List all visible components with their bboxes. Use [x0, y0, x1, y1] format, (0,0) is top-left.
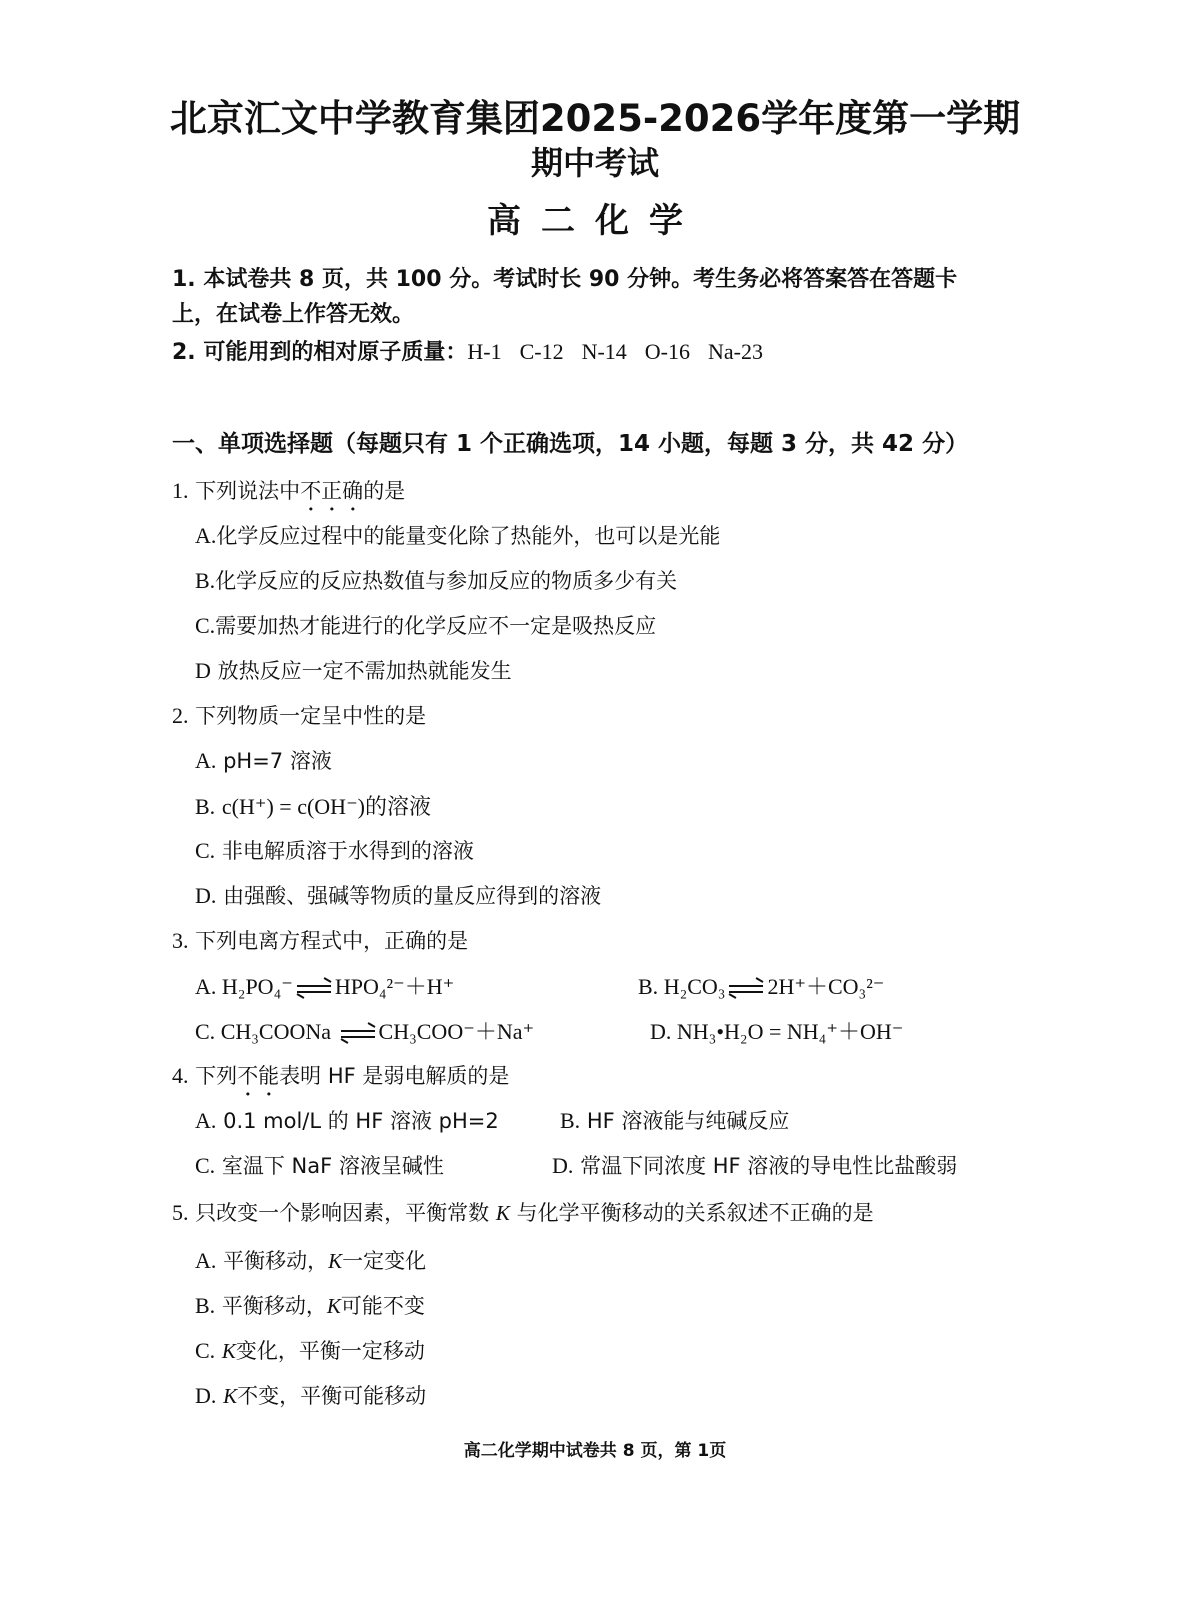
option-text: 平衡移动， — [223, 1249, 328, 1273]
option-text: 化学反应过程中的能量变化除了热能外，也可以是光能 — [216, 524, 720, 548]
option-text: 化学反应的反应热数值与参加反应的物质多少有关 — [215, 569, 677, 593]
exam-title: 北京汇文中学教育集团2025-2026学年度第一学期 — [0, 88, 1190, 142]
option-text: 常温下同浓度 HF 溶液的导电性比盐酸弱 — [580, 1154, 957, 1178]
option-label: D. — [195, 883, 216, 908]
option-label: A. — [195, 1108, 216, 1133]
equation-reactant: H₂CO₃ — [664, 974, 726, 999]
mass-n: N-14 — [582, 339, 627, 364]
stem-text: 只改变一个影响因素，平衡常数 — [195, 1201, 496, 1225]
reversible-arrow-icon — [729, 982, 763, 996]
option-label: D. — [195, 1383, 216, 1408]
reversible-arrow-icon — [297, 982, 331, 996]
question-3-option-d: D. NH₃•H₂O = NH₄⁺＋OH⁻ — [650, 1015, 903, 1046]
option-text: 变化，平衡一定移动 — [236, 1339, 425, 1363]
mass-h: H-1 — [467, 339, 501, 364]
option-text: 由强酸、强碱等物质的量反应得到的溶液 — [223, 884, 601, 908]
page-footer: 高二化学期中试卷共 8 页，第 1页 — [0, 1436, 1190, 1461]
stem-text: 的是 — [363, 479, 405, 503]
stem-text: 表明 HF 是弱电解质的是 — [279, 1064, 509, 1088]
emphasis-text: 不正确 — [300, 479, 363, 503]
question-number: 2. — [172, 703, 189, 728]
emphasis-text: 不能 — [237, 1064, 279, 1088]
option-text: c(H⁺) = c(OH⁻)的溶液 — [222, 794, 431, 819]
equilibrium-constant-symbol: K — [496, 1201, 510, 1225]
equilibrium-constant-symbol: K — [222, 1339, 236, 1363]
question-3-stem: 3. 下列电离方程式中，正确的是 — [172, 925, 468, 955]
question-1-stem: 1. 下列说法中不正确的是 — [172, 475, 405, 516]
emphasis-text: 不正确 — [769, 1201, 832, 1225]
option-text: pH=7 溶液 — [223, 749, 332, 773]
option-label: D. — [552, 1153, 573, 1178]
note-number: 1. — [172, 267, 196, 292]
stem-text: 与化学平衡移动的关系叙述 — [510, 1201, 769, 1225]
equation-products: NH₄⁺＋OH⁻ — [787, 1019, 903, 1044]
question-2-option-b: B. c(H⁺) = c(OH⁻)的溶液 — [195, 790, 431, 821]
option-label: C. — [195, 838, 215, 863]
option-label: B. — [638, 974, 658, 999]
option-label: D — [195, 658, 211, 683]
mass-o: O-16 — [645, 339, 690, 364]
question-2-option-a: A. pH=7 溶液 — [195, 745, 332, 775]
equation-products: CH₃COO⁻＋Na⁺ — [379, 1019, 535, 1044]
stem-text: 下列说法中 — [195, 479, 300, 503]
question-3-option-a: A. H₂PO₄⁻HPO₄²⁻＋H⁺ — [195, 970, 454, 1001]
question-5-option-d: D. K不变，平衡可能移动 — [195, 1380, 426, 1410]
option-label: B. — [195, 568, 215, 593]
equals-sign: = — [769, 1019, 781, 1044]
question-4-stem: 4. 下列不能表明 HF 是弱电解质的是 — [172, 1060, 509, 1101]
question-2-stem: 2. 下列物质一定呈中性的是 — [172, 700, 426, 730]
question-1-option-d: D 放热反应一定不需加热就能发生 — [195, 655, 512, 685]
option-label: A. — [195, 748, 216, 773]
option-label: B. — [195, 1293, 215, 1318]
option-text: 不变，平衡可能移动 — [237, 1384, 426, 1408]
note-number: 2. — [172, 340, 196, 365]
option-label: C. — [195, 1019, 215, 1044]
reversible-arrow-icon — [341, 1027, 375, 1041]
question-5-option-b: B. 平衡移动，K可能不变 — [195, 1290, 425, 1320]
option-text: 室温下 NaF 溶液呈碱性 — [222, 1154, 444, 1178]
note-1-line-2: 上，在试卷上作答无效。 — [172, 297, 414, 328]
option-text: 非电解质溶于水得到的溶液 — [222, 839, 474, 863]
question-5-option-a: A. 平衡移动，K一定变化 — [195, 1245, 426, 1275]
option-label: B. — [195, 794, 215, 819]
option-label: C. — [195, 613, 215, 638]
equation-reactant: H₂PO₄⁻ — [222, 974, 293, 999]
question-2-option-d: D. 由强酸、强碱等物质的量反应得到的溶液 — [195, 880, 601, 910]
option-label: D. — [650, 1019, 671, 1044]
question-number: 5. — [172, 1200, 189, 1225]
note-text: 可能用到的相对原子质量： — [203, 340, 467, 365]
option-text: 一定变化 — [342, 1249, 426, 1273]
exam-subtitle: 期中考试 — [0, 138, 1190, 184]
mass-na: Na-23 — [708, 339, 763, 364]
subject-title: 高二化学 — [0, 193, 1190, 242]
note-1-line-1: 1. 本试卷共 8 页，共 100 分。考试时长 90 分钟。考生务必将答案答在… — [172, 262, 957, 293]
option-label: C. — [195, 1338, 215, 1363]
question-3-option-b: B. H₂CO₃2H⁺＋CO₃²⁻ — [638, 970, 884, 1001]
question-4-option-a: A. 0.1 mol/L 的 HF 溶液 pH=2 — [195, 1105, 499, 1135]
question-5-stem: 5. 只改变一个影响因素，平衡常数 K 与化学平衡移动的关系叙述不正确的是 — [172, 1197, 874, 1227]
equation-reactant: CH₃COONa — [221, 1019, 331, 1044]
equilibrium-constant-symbol: K — [327, 1294, 341, 1318]
note-text: 本试卷共 8 页，共 100 分。考试时长 90 分钟。考生务必将答案答在答题卡 — [203, 267, 957, 292]
question-number: 3. — [172, 928, 189, 953]
question-4-option-b: B. HF 溶液能与纯碱反应 — [560, 1105, 789, 1135]
equation-products: HPO₄²⁻＋H⁺ — [335, 974, 454, 999]
equation-products: 2H⁺＋CO₃²⁻ — [767, 974, 884, 999]
option-text: 平衡移动， — [222, 1294, 327, 1318]
option-label: B. — [560, 1108, 580, 1133]
equation-reactant: NH₃•H₂O — [677, 1019, 764, 1044]
stem-text: 下列物质一定呈中性的是 — [195, 704, 426, 728]
stem-text: 的是 — [832, 1201, 874, 1225]
mass-c: C-12 — [520, 339, 564, 364]
question-4-option-c: C. 室温下 NaF 溶液呈碱性 — [195, 1150, 444, 1180]
stem-text: 下列电离方程式中，正确的是 — [195, 929, 468, 953]
option-text: HF 溶液能与纯碱反应 — [587, 1109, 790, 1133]
equilibrium-constant-symbol: K — [223, 1384, 237, 1408]
question-1-option-b: B.化学反应的反应热数值与参加反应的物质多少有关 — [195, 565, 677, 595]
question-number: 4. — [172, 1063, 189, 1088]
question-5-option-c: C. K变化，平衡一定移动 — [195, 1335, 425, 1365]
question-4-option-d: D. 常温下同浓度 HF 溶液的导电性比盐酸弱 — [552, 1150, 957, 1180]
question-1-option-a: A.化学反应过程中的能量变化除了热能外，也可以是光能 — [195, 520, 720, 550]
question-2-option-c: C. 非电解质溶于水得到的溶液 — [195, 835, 474, 865]
note-2-atomic-masses: 2. 可能用到的相对原子质量：H-1C-12N-14O-16Na-23 — [172, 335, 763, 366]
equilibrium-constant-symbol: K — [328, 1249, 342, 1273]
section-heading: 一、单项选择题（每题只有 1 个正确选项，14 小题，每题 3 分，共 42 分… — [172, 425, 968, 458]
option-text: 需要加热才能进行的化学反应不一定是吸热反应 — [215, 614, 656, 638]
question-1-option-c: C.需要加热才能进行的化学反应不一定是吸热反应 — [195, 610, 656, 640]
question-3-option-c: C. CH₃COONa CH₃COO⁻＋Na⁺ — [195, 1015, 534, 1046]
option-label: A. — [195, 974, 216, 999]
option-text: 放热反应一定不需加热就能发生 — [218, 659, 512, 683]
option-text: 可能不变 — [341, 1294, 425, 1318]
option-label: A. — [195, 523, 216, 548]
option-label: A. — [195, 1248, 216, 1273]
option-label: C. — [195, 1153, 215, 1178]
option-text: 0.1 mol/L 的 HF 溶液 pH=2 — [223, 1109, 499, 1133]
stem-text: 下列 — [195, 1064, 237, 1088]
question-number: 1. — [172, 478, 189, 503]
